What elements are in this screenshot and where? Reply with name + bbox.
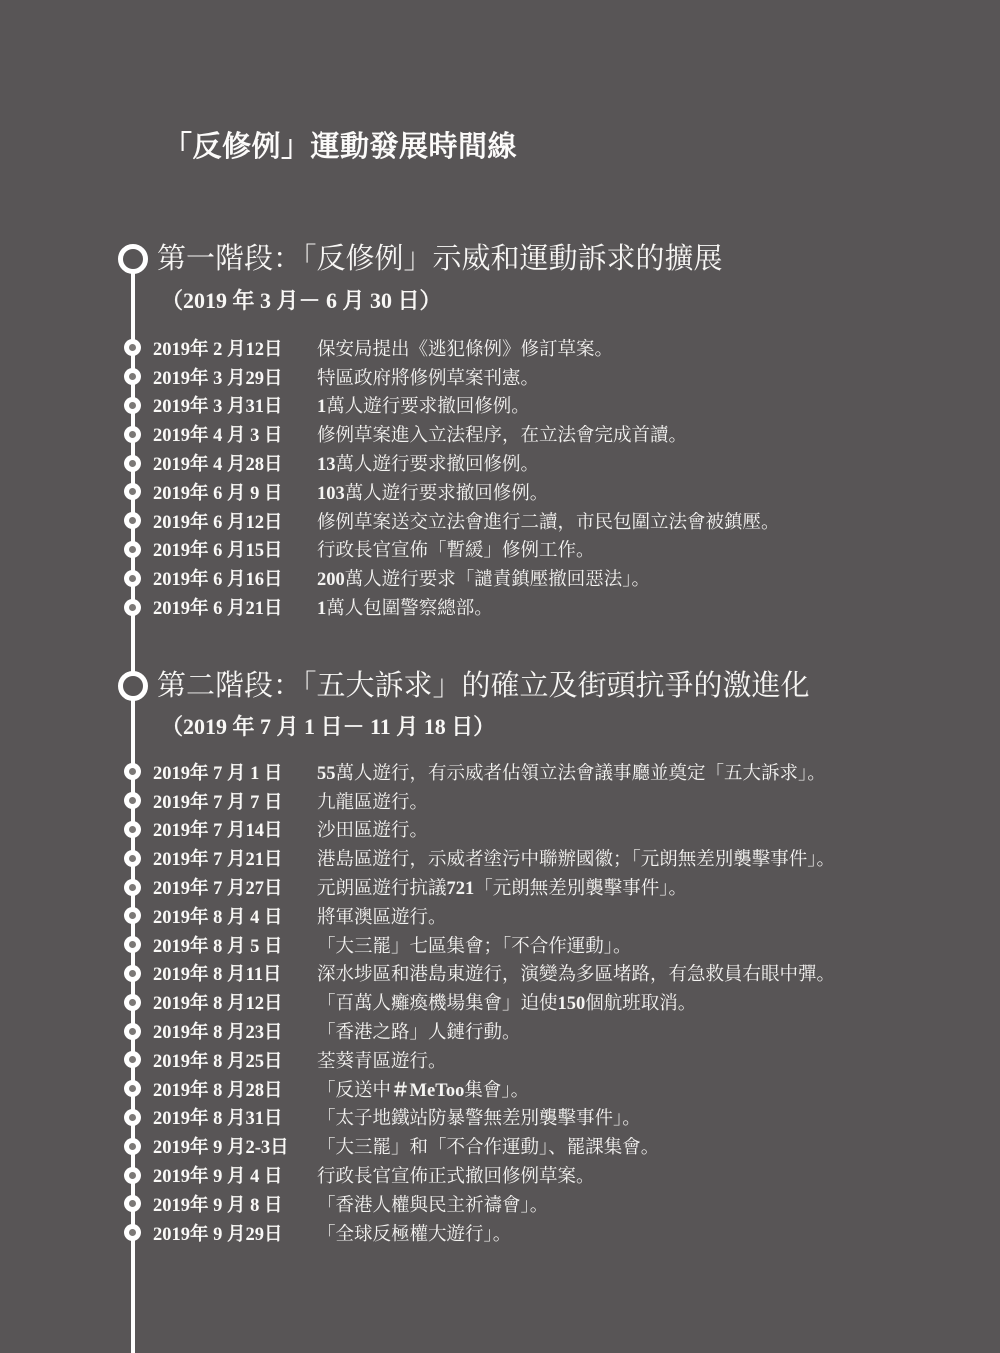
timeline-event-row: 2019年 6 月15日行政長官宣佈「暫緩」修例工作。: [124, 535, 990, 564]
event-description: 保安局提出《逃犯條例》修訂草案。: [317, 335, 613, 361]
timeline-event-row: 2019年 8 月25日荃葵青區遊行。: [124, 1045, 990, 1074]
timeline-event-row: 2019年 8 月 4 日將軍澳區遊行。: [124, 901, 990, 930]
timeline-event-row: 2019年 3 月29日特區政府將修例草案刊憲。: [124, 362, 990, 391]
timeline-event-row: 2019年 6 月16日200萬人遊行要求「譴責鎮壓撤回惡法」。: [124, 564, 990, 593]
timeline-event-row: 2019年 8 月28日「反送中＃MeToo集會」。: [124, 1074, 990, 1103]
timeline-node-icon: [124, 397, 141, 414]
event-date: 2019年 7 月21日: [153, 845, 317, 871]
event-description: 「大三罷」和「不合作運動」、罷課集會。: [317, 1133, 659, 1159]
event-description: 九龍區遊行。: [317, 788, 428, 814]
event-description: 13萬人遊行要求撤回修例。: [317, 450, 539, 476]
timeline-node-icon: [124, 965, 141, 982]
event-date: 2019年 2 月12日: [153, 335, 317, 361]
timeline-event-row: 2019年 4 月28日13萬人遊行要求撤回修例。: [124, 449, 990, 478]
phase-1-events: 2019年 2 月12日保安局提出《逃犯條例》修訂草案。2019年 3 月29日…: [124, 334, 990, 622]
timeline-node-icon: [124, 512, 141, 529]
timeline-node-icon: [124, 1109, 141, 1126]
event-date: 2019年 7 月27日: [153, 874, 317, 900]
event-date: 2019年 9 月 4 日: [153, 1162, 317, 1188]
timeline-event-row: 2019年 7 月14日沙田區遊行。: [124, 815, 990, 844]
timeline-node-icon: [124, 821, 141, 838]
event-description: 將軍澳區遊行。: [317, 903, 447, 929]
event-description: 「太子地鐵站防暴警無差別襲擊事件」。: [317, 1104, 641, 1130]
event-description: 1萬人包圍警察總部。: [317, 594, 493, 620]
event-description: 1萬人遊行要求撤回修例。: [317, 392, 530, 418]
timeline-node-icon: [124, 1023, 141, 1040]
event-description: 行政長官宣佈正式撤回修例草案。: [317, 1162, 595, 1188]
event-description: 行政長官宣佈「暫緩」修例工作。: [317, 536, 595, 562]
timeline-event-row: 2019年 9 月2-3日「大三罷」和「不合作運動」、罷課集會。: [124, 1132, 990, 1161]
event-date: 2019年 9 月2-3日: [153, 1133, 317, 1159]
timeline-event-row: 2019年 8 月31日「太子地鐵站防暴警無差別襲擊事件」。: [124, 1103, 990, 1132]
page-title: 「反修例」運動發展時間線: [163, 127, 517, 167]
event-description: 「全球反極權大遊行」。: [317, 1220, 511, 1246]
event-description: 「大三罷」七區集會；「不合作運動」。: [317, 932, 632, 958]
event-description: 荃葵青區遊行。: [317, 1047, 447, 1073]
phase-marker-icon: [118, 244, 148, 274]
timeline-event-row: 2019年 8 月12日「百萬人癱瘓機場集會」迫使150個航班取消。: [124, 988, 990, 1017]
timeline-event-row: 2019年 6 月 9 日103萬人遊行要求撤回修例。: [124, 477, 990, 506]
event-date: 2019年 3 月29日: [153, 364, 317, 390]
event-date: 2019年 8 月11日: [153, 960, 317, 986]
phase-2-heading: 第二階段：「五大訴求」的確立及街頭抗爭的激進化: [157, 668, 810, 704]
event-description: 元朗區遊行抗議721「元朗無差別襲擊事件」。: [317, 874, 687, 900]
timeline-node-icon: [124, 850, 141, 867]
timeline-node-icon: [124, 1224, 141, 1241]
event-date: 2019年 7 月 1 日: [153, 759, 317, 785]
timeline-node-icon: [124, 455, 141, 472]
event-date: 2019年 4 月28日: [153, 450, 317, 476]
timeline-event-row: 2019年 4 月 3 日修例草案進入立法程序，在立法會完成首讀。: [124, 420, 990, 449]
timeline-event-row: 2019年 7 月21日港島區遊行，示威者塗污中聯辦國徽；「元朗無差別襲擊事件」…: [124, 844, 990, 873]
event-description: 特區政府將修例草案刊憲。: [317, 364, 539, 390]
event-description: 港島區遊行，示威者塗污中聯辦國徽；「元朗無差別襲擊事件」。: [317, 845, 835, 871]
event-date: 2019年 8 月31日: [153, 1104, 317, 1130]
event-date: 2019年 7 月 7 日: [153, 788, 317, 814]
event-date: 2019年 6 月15日: [153, 536, 317, 562]
timeline-node-icon: [124, 1138, 141, 1155]
event-description: 55萬人遊行，有示威者佔領立法會議事廳並奠定「五大訴求」。: [317, 759, 826, 785]
timeline-event-row: 2019年 2 月12日保安局提出《逃犯條例》修訂草案。: [124, 334, 990, 363]
event-description: 修例草案送交立法會進行二讀，市民包圍立法會被鎮壓。: [317, 508, 780, 534]
timeline-node-icon: [124, 907, 141, 924]
event-description: 「反送中＃MeToo集會」。: [317, 1076, 529, 1102]
event-date: 2019年 8 月25日: [153, 1047, 317, 1073]
timeline-page: 「反修例」運動發展時間線 第一階段：「反修例」示威和運動訴求的擴展 （2019 …: [0, 0, 1000, 1353]
timeline-node-icon: [124, 879, 141, 896]
timeline-event-row: 2019年 8 月 5 日「大三罷」七區集會；「不合作運動」。: [124, 930, 990, 959]
timeline-node-icon: [124, 792, 141, 809]
timeline-node-icon: [124, 599, 141, 616]
timeline-node-icon: [124, 1051, 141, 1068]
timeline-event-row: 2019年 9 月 4 日行政長官宣佈正式撤回修例草案。: [124, 1161, 990, 1190]
phase-2-date-range: （2019 年 7 月 1 日－ 11 月 18 日）: [161, 712, 495, 742]
timeline-node-icon: [124, 936, 141, 953]
timeline-event-row: 2019年 7 月27日元朗區遊行抗議721「元朗無差別襲擊事件」。: [124, 873, 990, 902]
timeline-node-icon: [124, 339, 141, 356]
event-description: 沙田區遊行。: [317, 816, 428, 842]
timeline-event-row: 2019年 8 月11日深水埗區和港島東遊行，演變為多區堵路，有急救員右眼中彈。: [124, 959, 990, 988]
event-description: 「香港之路」人鏈行動。: [317, 1018, 521, 1044]
event-date: 2019年 4 月 3 日: [153, 421, 317, 447]
phase-1-heading: 第一階段：「反修例」示威和運動訴求的擴展: [157, 241, 723, 277]
event-date: 2019年 8 月 4 日: [153, 903, 317, 929]
event-date: 2019年 8 月 5 日: [153, 932, 317, 958]
timeline-event-row: 2019年 7 月 7 日九龍區遊行。: [124, 786, 990, 815]
event-date: 2019年 8 月23日: [153, 1018, 317, 1044]
event-description: 「香港人權與民主祈禱會」。: [317, 1191, 548, 1217]
event-description: 深水埗區和港島東遊行，演變為多區堵路，有急救員右眼中彈。: [317, 960, 835, 986]
timeline-node-icon: [124, 1195, 141, 1212]
timeline-node-icon: [124, 570, 141, 587]
timeline-event-row: 2019年 9 月29日「全球反極權大遊行」。: [124, 1218, 990, 1247]
timeline-event-row: 2019年 9 月 8 日「香港人權與民主祈禱會」。: [124, 1189, 990, 1218]
timeline-event-row: 2019年 7 月 1 日55萬人遊行，有示威者佔領立法會議事廳並奠定「五大訴求…: [124, 758, 990, 787]
timeline-node-icon: [124, 763, 141, 780]
timeline-node-icon: [124, 483, 141, 500]
event-description: 103萬人遊行要求撤回修例。: [317, 479, 548, 505]
event-description: 200萬人遊行要求「譴責鎮壓撤回惡法」。: [317, 565, 650, 591]
phase-1-date-range: （2019 年 3 月－ 6 月 30 日）: [161, 286, 442, 316]
event-date: 2019年 6 月 9 日: [153, 479, 317, 505]
event-date: 2019年 6 月21日: [153, 594, 317, 620]
timeline-event-row: 2019年 3 月31日1萬人遊行要求撤回修例。: [124, 391, 990, 420]
event-date: 2019年 3 月31日: [153, 392, 317, 418]
timeline-event-row: 2019年 6 月21日1萬人包圍警察總部。: [124, 593, 990, 622]
event-date: 2019年 7 月14日: [153, 816, 317, 842]
timeline-node-icon: [124, 426, 141, 443]
event-description: 「百萬人癱瘓機場集會」迫使150個航班取消。: [317, 989, 696, 1015]
timeline-node-icon: [124, 541, 141, 558]
event-date: 2019年 9 月29日: [153, 1220, 317, 1246]
timeline-event-row: 2019年 6 月12日修例草案送交立法會進行二讀，市民包圍立法會被鎮壓。: [124, 506, 990, 535]
timeline-node-icon: [124, 1080, 141, 1097]
event-description: 修例草案進入立法程序，在立法會完成首讀。: [317, 421, 687, 447]
event-date: 2019年 6 月16日: [153, 565, 317, 591]
phase-marker-icon: [118, 671, 148, 701]
event-date: 2019年 9 月 8 日: [153, 1191, 317, 1217]
phase-2-events: 2019年 7 月 1 日55萬人遊行，有示威者佔領立法會議事廳並奠定「五大訴求…: [124, 758, 990, 1248]
timeline-event-row: 2019年 8 月23日「香港之路」人鏈行動。: [124, 1017, 990, 1046]
timeline-node-icon: [124, 1167, 141, 1184]
timeline-node-icon: [124, 368, 141, 385]
timeline-node-icon: [124, 994, 141, 1011]
event-date: 2019年 8 月28日: [153, 1076, 317, 1102]
event-date: 2019年 6 月12日: [153, 508, 317, 534]
event-date: 2019年 8 月12日: [153, 989, 317, 1015]
